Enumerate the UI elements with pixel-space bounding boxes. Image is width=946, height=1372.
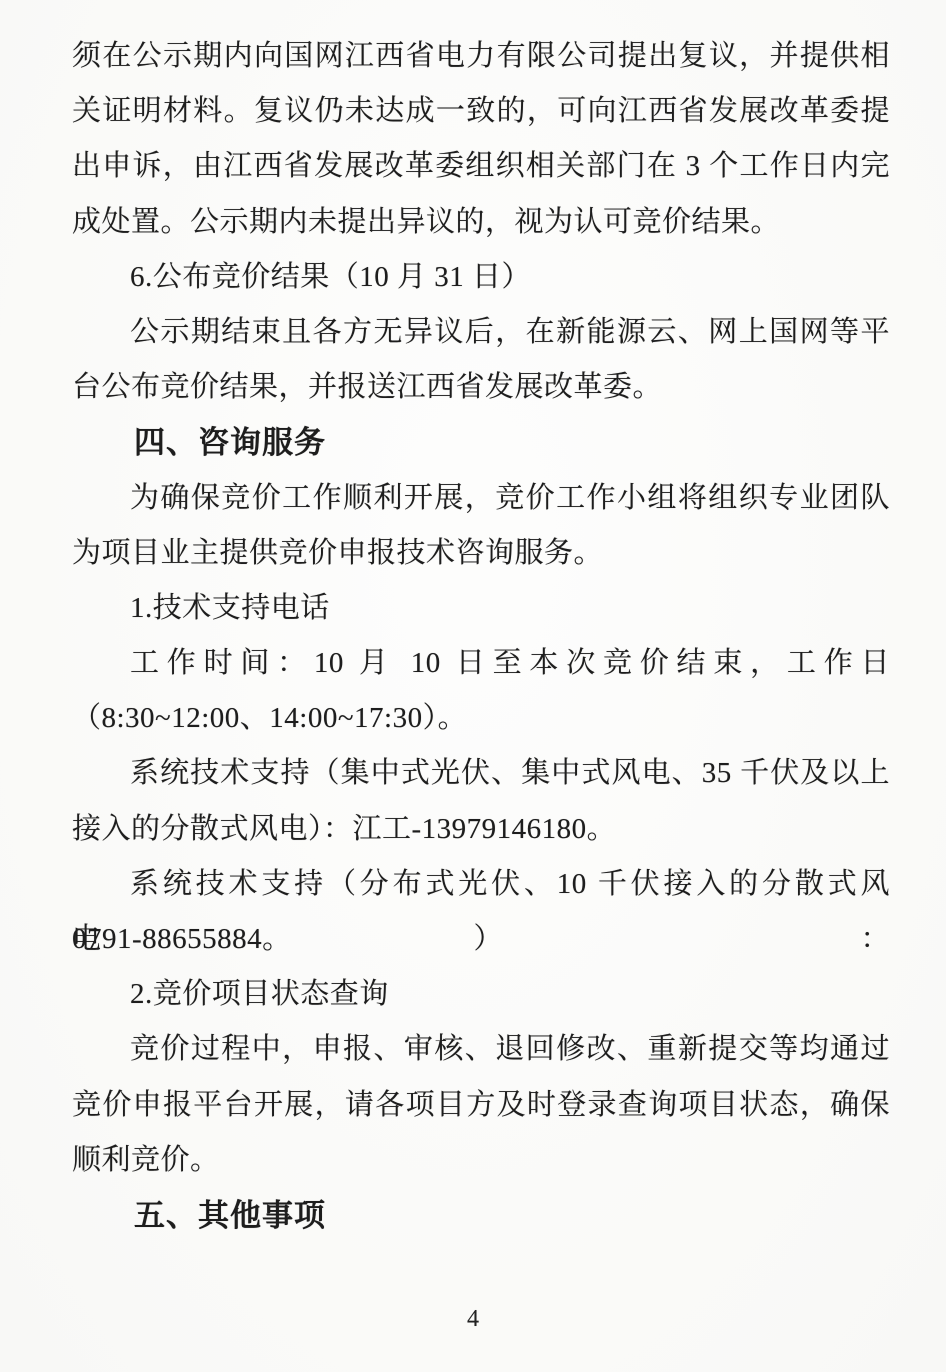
- text-line: 6.公布竞价结果（10 月 31 日）: [72, 250, 890, 305]
- text-line: 顺利竞价。: [72, 1133, 890, 1188]
- text-line: 竞价申报平台开展，请各项目方及时登录查询项目状态，确保: [72, 1078, 890, 1133]
- text-line: 成处置。公示期内未提出异议的，视为认可竞价结果。: [72, 195, 890, 250]
- text-line: 出申诉，由江西省发展改革委组织相关部门在 3 个工作日内完: [72, 139, 890, 194]
- text-line: 台公布竞价结果，并报送江西省发展改革委。: [72, 360, 890, 415]
- page-number: 4: [0, 1301, 946, 1337]
- text-line: 系统技术支持（集中式光伏、集中式风电、35 千伏及以上: [72, 746, 890, 801]
- text-line: 1.技术支持电话: [72, 581, 890, 636]
- text-line: 关证明材料。复议仍未达成一致的，可向江西省发展改革委提: [72, 84, 890, 139]
- text-line: 接入的分散式风电）：江工-13979146180。: [72, 802, 890, 857]
- section-heading: 四、咨询服务: [72, 415, 890, 470]
- text-line: 为确保竞价工作顺利开展，竞价工作小组将组织专业团队: [72, 471, 890, 526]
- text-line: 2.竞价项目状态查询: [72, 967, 890, 1022]
- text-line: 须在公示期内向国网江西省电力有限公司提出复议，并提供相: [72, 29, 890, 84]
- text-line: 为项目业主提供竞价申报技术咨询服务。: [72, 526, 890, 581]
- text-lines: 须在公示期内向国网江西省电力有限公司提出复议，并提供相关证明材料。复议仍未达成一…: [72, 29, 890, 1243]
- text-line: 工作时间：10 月 10 日至本次竞价结束，工作日: [72, 636, 890, 691]
- text-line: （8:30~12:00、14:00~17:30）。: [72, 691, 890, 746]
- section-heading: 五、其他事项: [72, 1188, 890, 1243]
- text-line: 系统技术支持（分布式光伏、10 千伏接入的分散式风电）：: [72, 857, 890, 912]
- text-line: 竞价过程中，申报、审核、退回修改、重新提交等均通过: [72, 1022, 890, 1077]
- text-line: 公示期结束且各方无异议后，在新能源云、网上国网等平: [72, 305, 890, 360]
- document-page: 须在公示期内向国网江西省电力有限公司提出复议，并提供相关证明材料。复议仍未达成一…: [0, 0, 946, 1372]
